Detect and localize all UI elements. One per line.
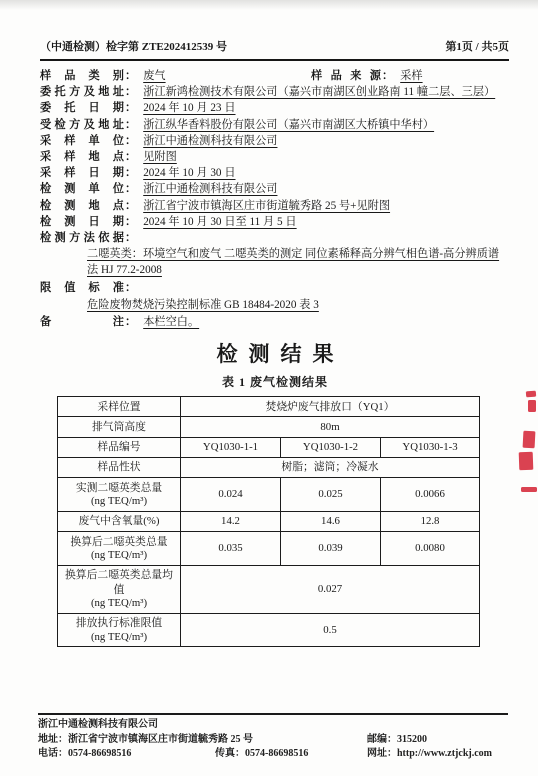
table-cell: 0.024 xyxy=(181,478,281,512)
field-value: 见附图 xyxy=(143,150,177,166)
field-label: 样品类别 xyxy=(40,69,124,85)
field-value: 2024 年 10 月 30 日至 11 月 5 日 xyxy=(143,215,296,231)
field-label: 受检方及地址 xyxy=(40,118,124,134)
field-colon: ： xyxy=(125,85,136,101)
red-stamp-fragment xyxy=(521,487,537,492)
field-row-sampling-date: 采样日期： 2024 年 10 月 30 日 xyxy=(40,166,510,182)
row-label: 排气筒高度 xyxy=(58,417,181,437)
table-row: 排气筒高度 80m xyxy=(58,417,480,437)
row-label: 排放执行标准限值(ng TEQ/m³) xyxy=(58,613,181,647)
field-value: 浙江省宁波市镇海区庄市街道毓秀路 25 号+见附图 xyxy=(143,199,390,215)
page-number: 第1页 / 共5页 xyxy=(445,38,509,54)
table-row: 废气中含氧量(%) 14.2 14.6 12.8 xyxy=(58,511,480,531)
field-value: 浙江中通检测科技有限公司 xyxy=(143,134,277,150)
field-colon: ： xyxy=(125,166,136,182)
results-section-title: 检测结果 xyxy=(40,338,510,368)
field-row-client-address: 委托方及地址： 浙江新鸿检测技术有限公司（嘉兴市南湖区创业路南 11 幢二层、三… xyxy=(40,85,510,101)
field-label: 检测方法依据 xyxy=(40,231,124,247)
field-colon: ： xyxy=(125,315,136,331)
field-row-remark: 备注： 本栏空白。 xyxy=(40,315,510,331)
field-row-testing-date: 检测日期： 2024 年 10 月 30 日至 11 月 5 日 xyxy=(40,215,510,231)
red-stamp-fragment xyxy=(528,400,536,412)
field-colon: ： xyxy=(125,150,136,166)
field-value: 浙江纵华香料股份有限公司（嘉兴市南湖区大桥镇中华村） xyxy=(143,118,434,134)
row-label: 采样位置 xyxy=(58,397,181,417)
red-stamp-fragment xyxy=(523,431,536,449)
row-unit: (ng TEQ/m³) xyxy=(61,631,177,644)
table-cell: 14.6 xyxy=(281,511,381,531)
limit-standard-text: 危险废物焚烧污染控制标准 GB 18484-2020 表 3 xyxy=(87,298,510,314)
footer-fax: 传真：0574-86698516 xyxy=(215,747,367,762)
results-table: 采样位置 焚烧炉废气排放口（YQ1） 排气筒高度 80m 样品编号 YQ1030… xyxy=(57,396,480,647)
field-row-commission-date: 委托日期： 2024 年 10 月 23 日 xyxy=(40,101,510,117)
footer-address: 地址：浙江省宁波市镇海区庄市街道毓秀路 25 号 xyxy=(38,733,367,748)
row-label: 样品编号 xyxy=(58,437,181,457)
field-value: 废气 xyxy=(143,69,165,85)
document-header: （中通检测）检字第 ZTE202412539 号 第1页 / 共5页 xyxy=(40,38,509,61)
table-caption: 表 1 废气检测结果 xyxy=(40,373,510,390)
field-label: 样品来源 xyxy=(311,69,381,85)
table-cell: 12.8 xyxy=(381,511,480,531)
row-label: 换算后二噁英类总量均值(ng TEQ/m³) xyxy=(58,565,181,613)
table-row: 样品性状 树脂；滤筒；冷凝水 xyxy=(58,457,480,477)
table-cell: 0.0066 xyxy=(381,478,480,512)
field-colon: ： xyxy=(125,215,136,231)
row-unit: (ng TEQ/m³) xyxy=(61,597,177,610)
red-stamp-fragment xyxy=(519,452,534,470)
footer-company: 浙江中通检测科技有限公司 xyxy=(38,718,508,733)
red-stamp-fragment xyxy=(526,391,536,398)
row-label: 样品性状 xyxy=(58,457,181,477)
table-row: 样品编号 YQ1030-1-1 YQ1030-1-2 YQ1030-1-3 xyxy=(58,437,480,457)
row-unit: (ng TEQ/m³) xyxy=(61,495,177,508)
table-cell: 14.2 xyxy=(181,511,281,531)
field-colon: ： xyxy=(382,69,393,85)
field-colon: ： xyxy=(125,101,136,117)
field-label: 限值标准 xyxy=(40,281,124,297)
field-label: 委托方及地址 xyxy=(40,85,124,101)
table-cell: 0.039 xyxy=(281,532,381,566)
footer-postcode: 邮编：315200 xyxy=(367,733,427,748)
field-colon: ： xyxy=(125,199,136,215)
footer-address-line: 地址：浙江省宁波市镇海区庄市街道毓秀路 25 号 邮编：315200 xyxy=(38,733,508,748)
row-label: 实测二噁英类总量(ng TEQ/m³) xyxy=(58,478,181,512)
field-value: 本栏空白。 xyxy=(143,315,199,331)
field-label: 检测单位 xyxy=(40,182,124,198)
report-content: （中通检测）检字第 ZTE202412539 号 第1页 / 共5页 样品类别：… xyxy=(40,38,510,647)
table-row: 实测二噁英类总量(ng TEQ/m³) 0.024 0.025 0.0066 xyxy=(58,478,480,512)
table-row: 换算后二噁英类总量均值(ng TEQ/m³) 0.027 xyxy=(58,565,480,613)
field-label: 检测地点 xyxy=(40,199,124,215)
field-label: 委托日期 xyxy=(40,101,124,117)
document-footer: 浙江中通检测科技有限公司 地址：浙江省宁波市镇海区庄市街道毓秀路 25 号 邮编… xyxy=(38,713,508,762)
field-row-sample-source: 样品来源： 采样 xyxy=(311,69,423,85)
field-value: 2024 年 10 月 23 日 xyxy=(143,101,235,117)
footer-website: 网址：http://www.ztjckj.com xyxy=(367,747,492,762)
table-cell: 0.0080 xyxy=(381,532,480,566)
field-value: 浙江新鸿检测技术有限公司（嘉兴市南湖区创业路南 11 幢二层、三层） xyxy=(143,85,495,101)
field-row-testing-unit: 检测单位： 浙江中通检测科技有限公司 xyxy=(40,182,510,198)
row-label: 废气中含氧量(%) xyxy=(58,511,181,531)
field-colon: ： xyxy=(125,69,136,85)
table-cell: YQ1030-1-2 xyxy=(281,437,381,457)
row-label: 换算后二噁英类总量(ng TEQ/m³) xyxy=(58,532,181,566)
document-number: （中通检测）检字第 ZTE202412539 号 xyxy=(40,38,227,54)
table-cell: 0.027 xyxy=(181,565,480,613)
field-colon: ： xyxy=(125,281,136,297)
table-row: 换算后二噁英类总量(ng TEQ/m³) 0.035 0.039 0.0080 xyxy=(58,532,480,566)
field-value: 采样 xyxy=(400,69,422,85)
table-cell: 0.035 xyxy=(181,532,281,566)
field-colon: ： xyxy=(125,182,136,198)
field-colon: ： xyxy=(125,118,136,134)
method-basis-text: 二噁英类：环境空气和废气 二噁英类的测定 同位素稀释高分辨气相色谱-高分辨质谱法… xyxy=(87,247,510,279)
field-label: 备注 xyxy=(40,315,124,331)
table-row: 排放执行标准限值(ng TEQ/m³) 0.5 xyxy=(58,613,480,647)
field-value: 浙江中通检测科技有限公司 xyxy=(143,182,277,198)
field-row-sample-type: 样品类别： 废气 样品来源： 采样 xyxy=(40,69,510,85)
table-cell: 0.025 xyxy=(281,478,381,512)
field-row-sampling-unit: 采样单位： 浙江中通检测科技有限公司 xyxy=(40,134,510,150)
field-row-testing-location: 检测地点： 浙江省宁波市镇海区庄市街道毓秀路 25 号+见附图 xyxy=(40,199,510,215)
field-label: 采样单位 xyxy=(40,134,124,150)
table-cell: 0.5 xyxy=(181,613,480,647)
field-colon: ： xyxy=(125,134,136,150)
table-cell: YQ1030-1-3 xyxy=(381,437,480,457)
field-label: 检测日期 xyxy=(40,215,124,231)
report-page: （中通检测）检字第 ZTE202412539 号 第1页 / 共5页 样品类别：… xyxy=(0,0,538,776)
field-row-limit-standard: 限值标准： xyxy=(40,281,510,297)
table-row: 采样位置 焚烧炉废气排放口（YQ1） xyxy=(58,397,480,417)
field-list: 样品类别： 废气 样品来源： 采样 委托方及地址： 浙江新鸿检测技术有限公司（嘉… xyxy=(40,69,510,331)
row-unit: (ng TEQ/m³) xyxy=(61,549,177,562)
field-label: 采样地点 xyxy=(40,150,124,166)
table-cell: 树脂；滤筒；冷凝水 xyxy=(181,457,480,477)
table-cell: 80m xyxy=(181,417,480,437)
field-row-inspected-party: 受检方及地址： 浙江纵华香料股份有限公司（嘉兴市南湖区大桥镇中华村） xyxy=(40,118,510,134)
field-row-method-basis: 检测方法依据： xyxy=(40,231,510,247)
field-label: 采样日期 xyxy=(40,166,124,182)
table-cell: 焚烧炉废气排放口（YQ1） xyxy=(181,397,480,417)
field-value: 2024 年 10 月 30 日 xyxy=(143,166,235,182)
table-cell: YQ1030-1-1 xyxy=(181,437,281,457)
footer-phone: 电话：0574-86698516 xyxy=(38,747,215,762)
field-colon: ： xyxy=(125,231,136,247)
field-row-sampling-location: 采样地点： 见附图 xyxy=(40,150,510,166)
footer-contact-line: 电话：0574-86698516 传真：0574-86698516 网址：htt… xyxy=(38,747,508,762)
